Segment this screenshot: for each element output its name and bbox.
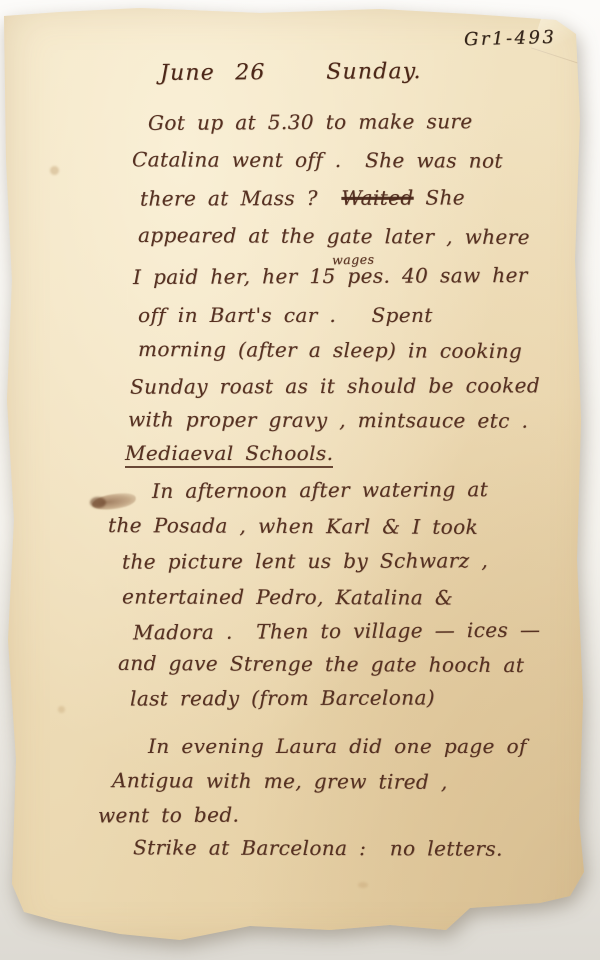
text-segment: In afternoon after watering at: [152, 477, 488, 503]
text-segment: Catalina went off . She was not: [132, 147, 503, 172]
catalog-number: Gr1-493: [464, 27, 557, 50]
text-segment: the Posada , when Karl & I took: [108, 513, 478, 539]
handwritten-line-15: Madora . Then to village — ices —: [133, 620, 540, 643]
text-segment: and gave Strenge the gate hooch at: [118, 651, 524, 677]
handwritten-line-9: with proper gravy , mintsauce etc .: [128, 409, 528, 430]
text-segment: Madora . Then to village — ices —: [133, 618, 540, 645]
text-segment: with proper gravy , mintsauce etc .: [128, 407, 528, 432]
handwritten-line-13: the picture lent us by Schwarz ,: [122, 550, 488, 571]
handwritten-line-5: I paid her, her 15 pes. 40 saw her: [133, 265, 528, 287]
text-segment: there at Mass ?: [140, 186, 341, 211]
handwritten-line-16: and gave Strenge the gate hooch at: [118, 653, 524, 675]
handwritten-line-18: In evening Laura did one page of: [148, 736, 527, 756]
text-segment: In evening Laura did one page of: [148, 734, 527, 758]
handwritten-line-21: Strike at Barcelona : no letters.: [133, 837, 503, 858]
text-segment: appeared at the gate later , where: [138, 223, 530, 249]
text-segment: off in Bart's car . Spent: [138, 303, 433, 327]
text-segment: She: [414, 185, 465, 209]
text-segment: Got up at 5.30 to make sure: [148, 109, 473, 135]
handwritten-line-2: Catalina went off . She was not: [132, 149, 503, 170]
manuscript-page: Gr1-493 June 26 Sunday. wages Got up at …: [0, 0, 600, 952]
foxing-spot: [358, 882, 368, 888]
ink-stain-dark-core: [90, 497, 106, 508]
paper-shadow-wrap: Gr1-493 June 26 Sunday. wages Got up at …: [0, 0, 600, 960]
handwritten-line-4: appeared at the gate later , where: [138, 225, 530, 247]
handwritten-line-19: Antigua with me, grew tired ,: [112, 770, 448, 792]
foxing-spot: [58, 706, 65, 713]
text-segment: the picture lent us by Schwarz ,: [122, 548, 488, 573]
handwritten-line-12: the Posada , when Karl & I took: [108, 515, 478, 537]
handwritten-line-20: went to bed.: [98, 805, 239, 826]
text-segment: Sunday roast as it should be cooked: [130, 373, 540, 398]
text-segment: Antigua with me, grew tired ,: [112, 768, 448, 794]
handwritten-line-10: Mediaeval Schools.: [125, 443, 333, 463]
handwritten-line-6: off in Bart's car . Spent: [138, 305, 433, 325]
handwritten-line-11: In afternoon after watering at: [152, 479, 488, 501]
entry-date-heading: June 26 Sunday.: [160, 59, 422, 86]
foxing-spot: [50, 166, 59, 175]
underlined-heading: Mediaeval Schools.: [125, 441, 333, 468]
text-segment: entertained Pedro, Katalina &: [122, 584, 453, 609]
text-segment: last ready (from Barcelona): [130, 685, 435, 710]
page-background: Gr1-493 June 26 Sunday. wages Got up at …: [0, 0, 600, 960]
text-segment: Strike at Barcelona : no letters.: [133, 835, 503, 860]
handwritten-line-14: entertained Pedro, Katalina &: [122, 586, 453, 607]
handwritten-line-17: last ready (from Barcelona): [130, 687, 435, 708]
handwritten-line-7: morning (after a sleep) in cooking: [138, 339, 522, 361]
struck-word: Waited: [341, 186, 413, 210]
handwritten-line-3: there at Mass ? Waited She: [140, 187, 465, 208]
text-segment: morning (after a sleep) in cooking: [138, 337, 522, 363]
text-segment: I paid her, her 15 pes. 40 saw her: [133, 263, 528, 289]
text-segment: went to bed.: [98, 803, 239, 828]
handwritten-line-8: Sunday roast as it should be cooked: [130, 375, 540, 396]
handwritten-line-1: Got up at 5.30 to make sure: [148, 111, 473, 133]
